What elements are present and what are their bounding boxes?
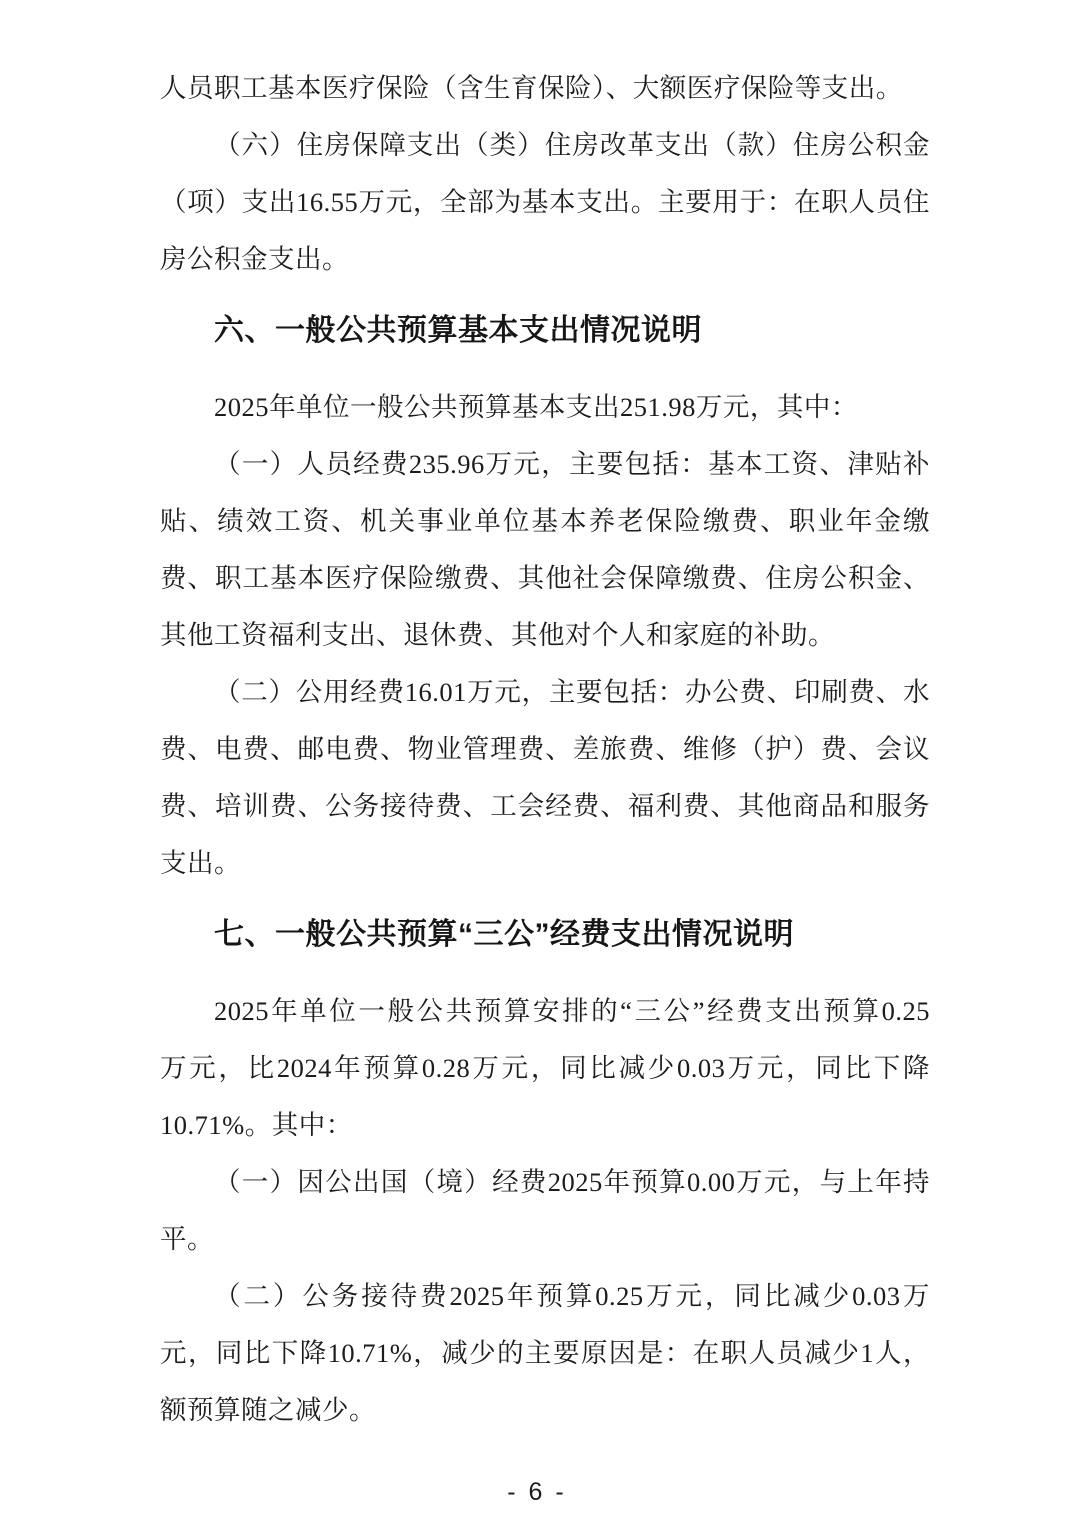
body-line: 支出。 xyxy=(160,835,930,892)
document-page: 人员职工基本医疗保险（含生育保险）、大额医疗保险等支出。 （六）住房保障支出（类… xyxy=(0,0,1074,1520)
body-line: 费、职工基本医疗保险缴费、其他社会保障缴费、住房公积金、 xyxy=(160,550,930,607)
body-line: 万元，比2024年预算0.28万元，同比减少0.03万元，同比下降 xyxy=(160,1040,930,1097)
body-line: （二）公用经费16.01万元，主要包括：办公费、印刷费、水 xyxy=(160,664,930,721)
body-line: （项）支出16.55万元，全部为基本支出。主要用于：在职人员住 xyxy=(160,174,930,231)
body-line: 10.71%。其中： xyxy=(160,1097,930,1154)
body-line: 人员职工基本医疗保险（含生育保险）、大额医疗保险等支出。 xyxy=(160,60,930,117)
body-line: 费、培训费、公务接待费、工会经费、福利费、其他商品和服务 xyxy=(160,778,930,835)
page-number: - 6 - xyxy=(0,1476,1074,1508)
body-line: 2025年单位一般公共预算基本支出251.98万元，其中： xyxy=(160,379,930,436)
body-line: 元，同比下降10.71%，减少的主要原因是：在职人员减少1人，定 xyxy=(160,1325,930,1382)
body-line: 其他工资福利支出、退休费、其他对个人和家庭的补助。 xyxy=(160,607,930,664)
body-line: （一）人员经费235.96万元，主要包括：基本工资、津贴补 xyxy=(160,436,930,493)
body-line: 房公积金支出。 xyxy=(160,231,930,288)
body-line: 费、电费、邮电费、物业管理费、差旅费、维修（护）费、会议 xyxy=(160,721,930,778)
document-body: 人员职工基本医疗保险（含生育保险）、大额医疗保险等支出。 （六）住房保障支出（类… xyxy=(160,0,930,1439)
section-heading-basic-expenditure: 六、一般公共预算基本支出情况说明 xyxy=(160,302,930,359)
body-line: 2025年单位一般公共预算安排的“三公”经费支出预算0.25 xyxy=(160,983,930,1040)
body-line: 贴、绩效工资、机关事业单位基本养老保险缴费、职业年金缴 xyxy=(160,493,930,550)
section-heading-three-public: 七、一般公共预算“三公”经费支出情况说明 xyxy=(160,906,930,963)
body-line: （六）住房保障支出（类）住房改革支出（款）住房公积金 xyxy=(160,117,930,174)
body-line: （一）因公出国（境）经费2025年预算0.00万元，与上年持 xyxy=(160,1154,930,1211)
body-line: （二）公务接待费2025年预算0.25万元，同比减少0.03万 xyxy=(160,1268,930,1325)
body-line: 额预算随之减少。 xyxy=(160,1382,930,1439)
body-line: 平。 xyxy=(160,1211,930,1268)
